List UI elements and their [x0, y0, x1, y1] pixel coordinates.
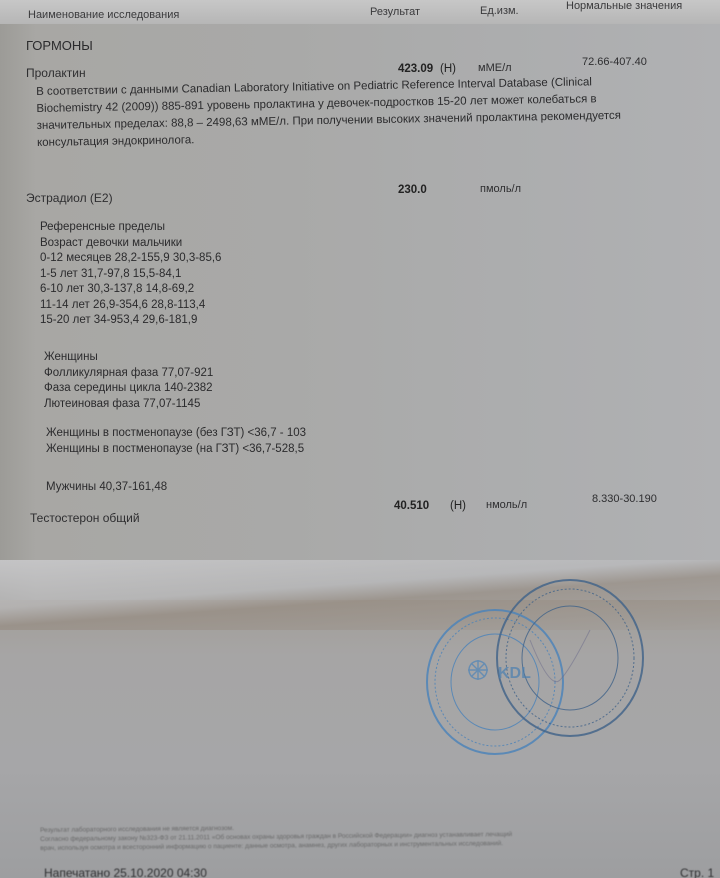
estradiol-reference-women: Женщины Фолликулярная фаза 77,07-921 Фаз… — [44, 350, 213, 412]
test-normal: 8.330-30.190 — [592, 493, 657, 505]
column-header-result: Результат — [370, 6, 420, 18]
reference-row: Женщины в постменопаузе (без ГЗТ) <36,7 … — [46, 426, 306, 442]
reference-age-header: Возраст девочки мальчики — [40, 236, 221, 252]
test-name: Эстрадиол (E2) — [26, 191, 113, 205]
snowflake-icon — [468, 660, 488, 680]
test-flag: (H) — [440, 63, 456, 75]
test-unit: мМЕ/л — [478, 62, 512, 74]
page-number: Стр. 1 — [680, 866, 714, 878]
estradiol-reference-postmeno: Женщины в постменопаузе (без ГЗТ) <36,7 … — [46, 426, 306, 457]
test-name: Тестостерон общий — [30, 511, 140, 525]
test-flag: (H) — [450, 500, 466, 512]
reference-row: Фолликулярная фаза 77,07-921 — [44, 366, 213, 382]
prolactin-note: В соответствии с данными Canadian Labora… — [36, 72, 720, 152]
estradiol-reference: Референсные пределы Возраст девочки маль… — [40, 220, 221, 329]
reference-row: 0-12 месяцев 28,2-155,9 30,3-85,6 — [40, 251, 221, 267]
reference-row: 6-10 лет 30,3-137,8 14,8-69,2 — [40, 282, 221, 298]
printed-date: Напечатано 25.10.2020 04:30 — [44, 866, 207, 878]
estradiol-reference-men: Мужчины 40,37-161,48 — [46, 480, 167, 496]
reference-row: Женщины в постменопаузе (на ГЗТ) <36,7-5… — [46, 442, 306, 458]
section-title: ГОРМОНЫ — [26, 38, 93, 53]
test-result: 423.09 — [398, 63, 433, 75]
column-header-name: Наименование исследования — [28, 9, 179, 21]
seal-stamp: KDL — [410, 570, 720, 770]
test-name: Пролактин — [26, 66, 86, 80]
stamp-label: KDL — [498, 665, 531, 682]
test-result: 40.510 — [394, 500, 429, 512]
test-normal: 72.66-407.40 — [582, 56, 647, 68]
reference-row: 1-5 лет 31,7-97,8 15,5-84,1 — [40, 267, 221, 283]
test-result: 230.0 — [398, 184, 427, 196]
reference-title: Референсные пределы — [40, 220, 221, 236]
reference-row: 11-14 лет 26,9-354,6 28,8-113,4 — [40, 298, 221, 314]
reference-row: Лютеиновая фаза 77,07-1145 — [44, 397, 213, 413]
reference-row: 15-20 лет 34-953,4 29,6-181,9 — [40, 313, 221, 329]
test-unit: пмоль/л — [480, 183, 521, 195]
reference-women-header: Женщины — [44, 350, 213, 366]
reference-row: Фаза середины цикла 140-2382 — [44, 381, 213, 397]
column-header-unit: Ед.изм. — [480, 5, 519, 17]
column-header-normal: Нормальные значения — [566, 0, 682, 12]
test-unit: нмоль/л — [486, 499, 527, 511]
